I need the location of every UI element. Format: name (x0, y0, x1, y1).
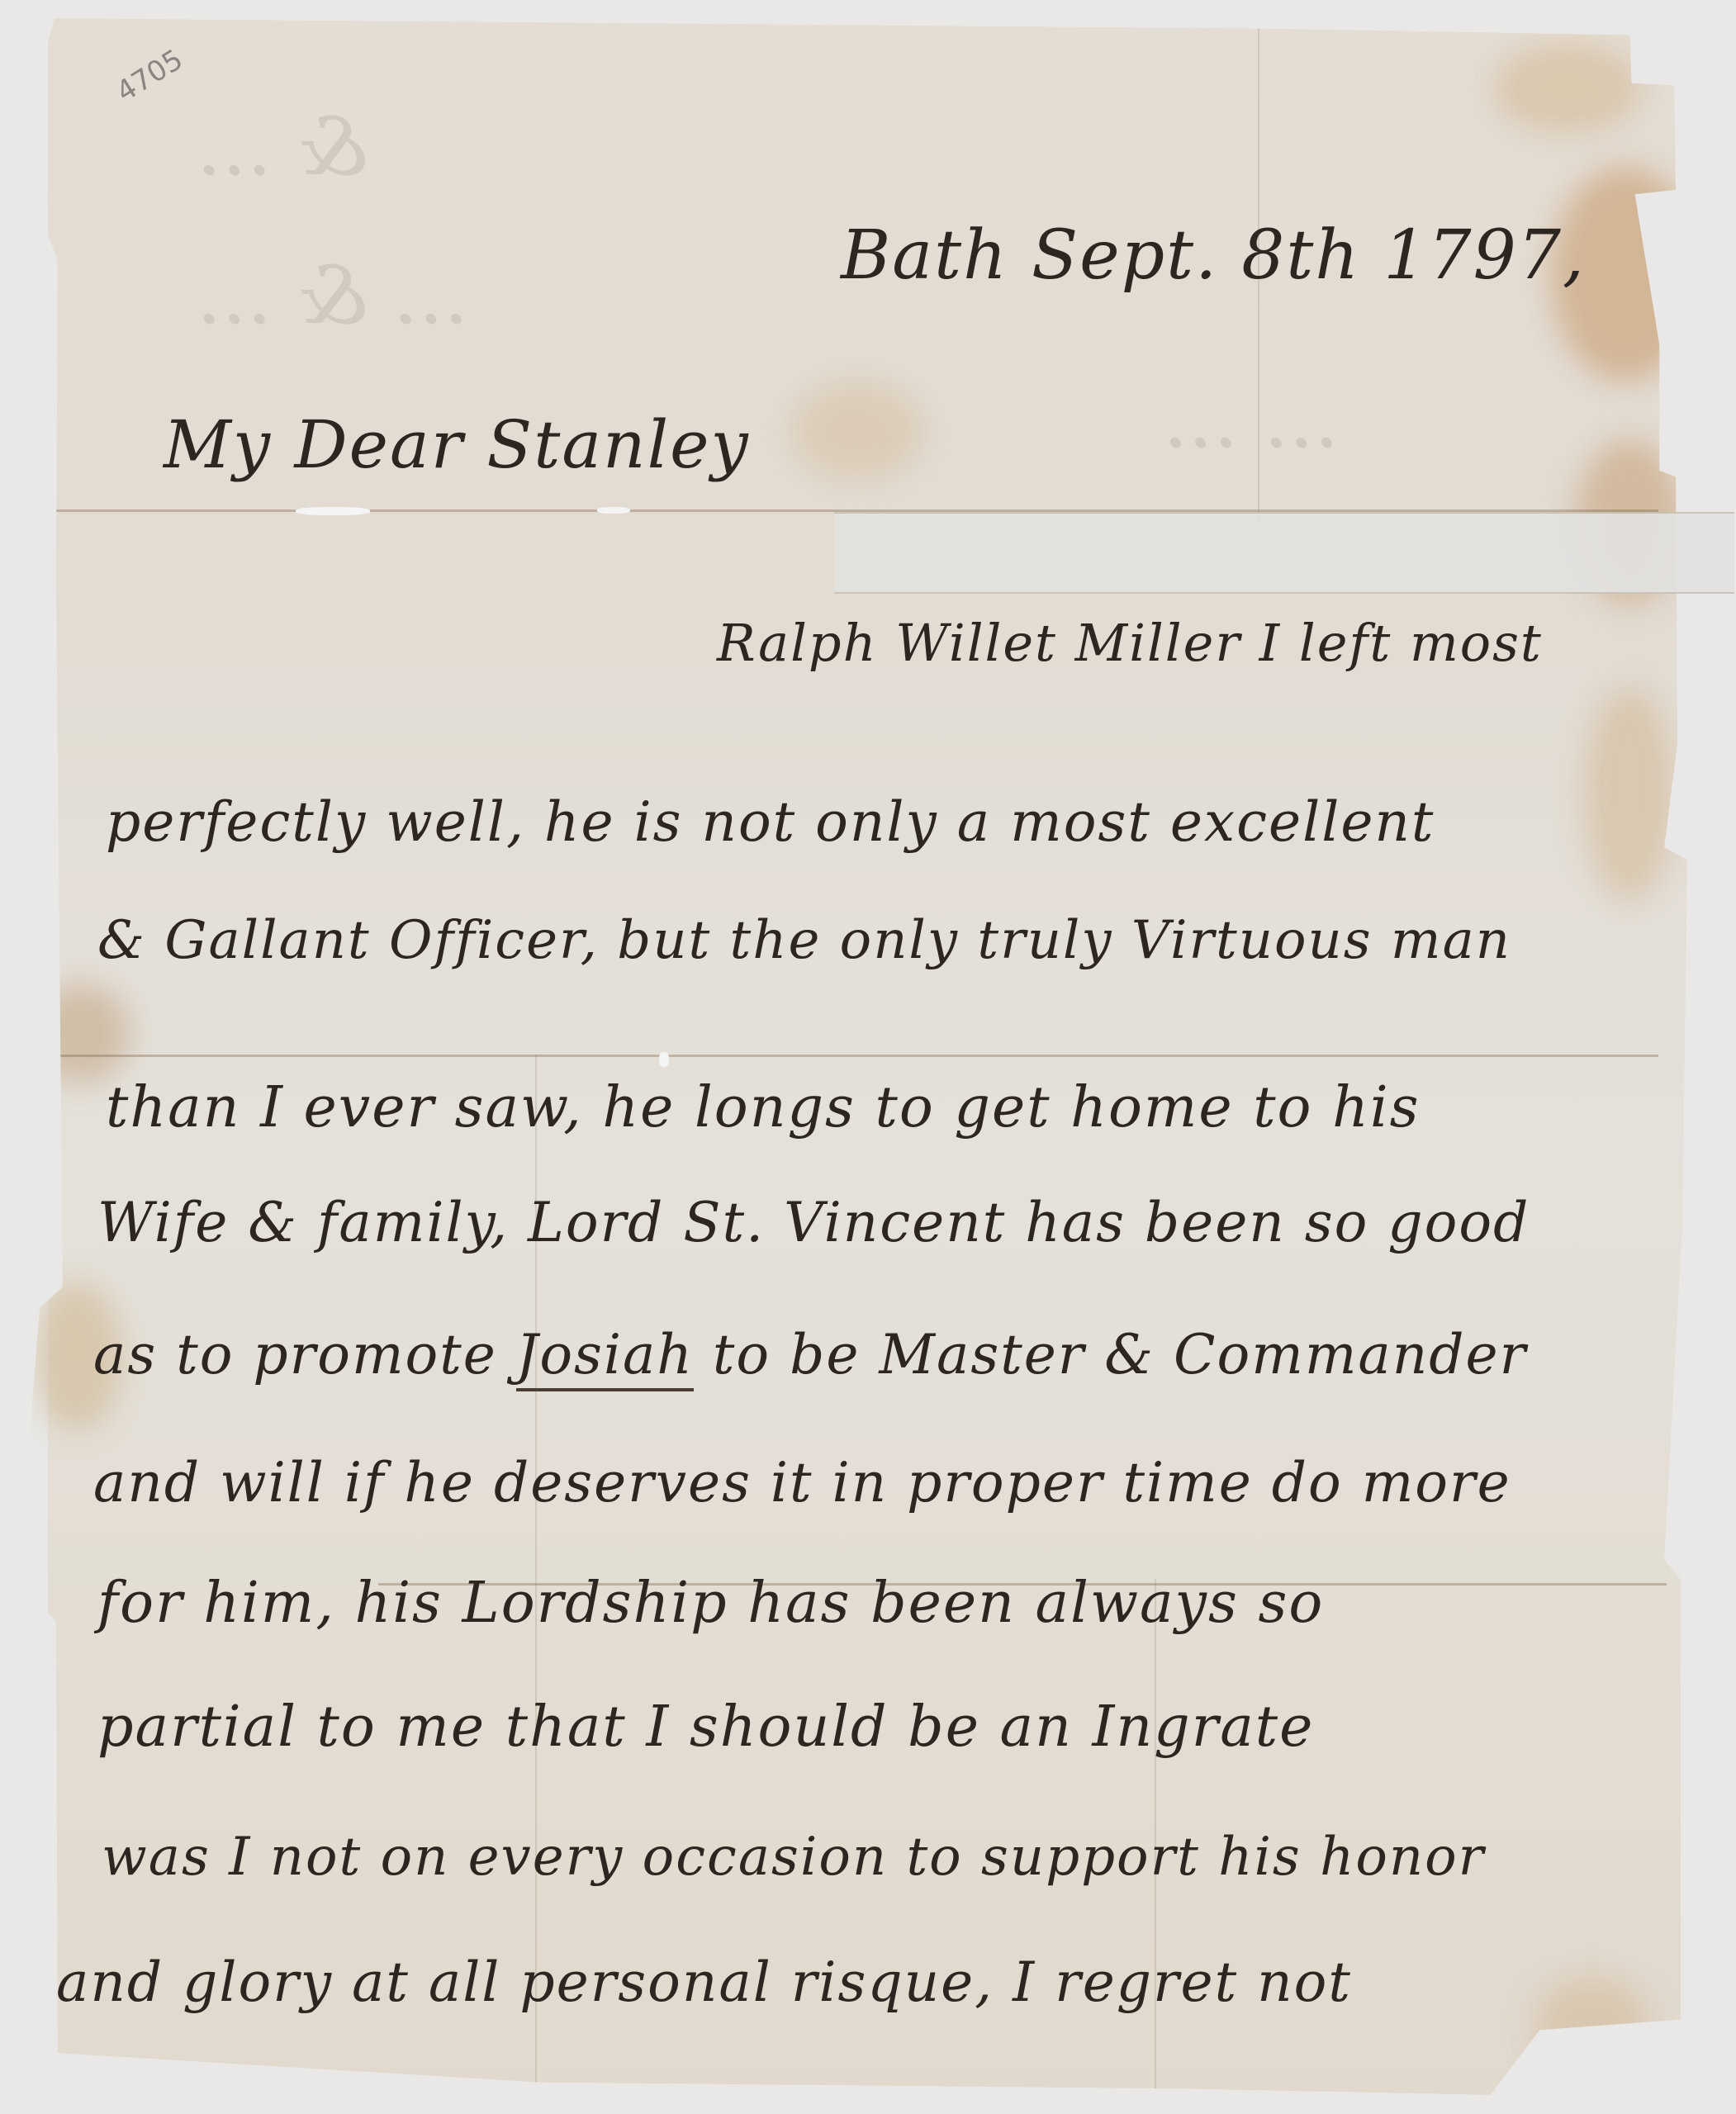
water-stain (791, 382, 923, 481)
bleed-through-text: ... ... (1163, 373, 1340, 466)
fold-crease (48, 1055, 1658, 1057)
letter-line: Wife & family, Lord St. Vincent has been… (97, 1191, 1530, 1254)
letter-line: partial to me that I should be an Ingrat… (97, 1695, 1314, 1760)
letter-line: Ralph Willet Miller I left most (717, 613, 1543, 673)
letter-line: and glory at all personal risque, I regr… (56, 1950, 1352, 2014)
letter-line: perfectly well, he is not only a most ex… (106, 790, 1435, 854)
bleed-through-text: ... & ... (197, 249, 469, 342)
archive-mark: 4705 (111, 43, 189, 109)
water-stain (31, 984, 130, 1083)
letter-line: & Gallant Officer, but the only truly Vi… (97, 910, 1511, 971)
dateline: Bath Sept. 8th 1797, (841, 216, 1586, 295)
water-stain (1534, 1975, 1650, 2083)
letter-line: than I ever saw, he longs to get home to… (106, 1075, 1421, 1140)
letter-line-part: as to promote (93, 1323, 516, 1386)
paper-hole (597, 507, 630, 514)
letter-line: for him, his Lordship has been always so (97, 1571, 1324, 1636)
bleed-through-text: & ... (197, 101, 368, 193)
letter-paper: 4705 & ... ... & ... ... ... Bath Sept. … (48, 10, 1687, 2103)
letter-line-part: to be Master & Commander (694, 1323, 1527, 1386)
paper-hole (659, 1052, 669, 1067)
letter-line: was I not on every occasion to support h… (102, 1827, 1485, 1888)
water-stain (1584, 687, 1675, 902)
paper-hole (296, 507, 370, 515)
letter-line: and will if he deserves it in proper tim… (93, 1451, 1511, 1514)
salutation: My Dear Stanley (164, 406, 750, 483)
water-stain (1493, 43, 1642, 134)
letter-line: as to promote Josiah to be Master & Comm… (93, 1323, 1527, 1386)
repair-tape (834, 512, 1734, 594)
underlined-name: Josiah (516, 1323, 694, 1391)
